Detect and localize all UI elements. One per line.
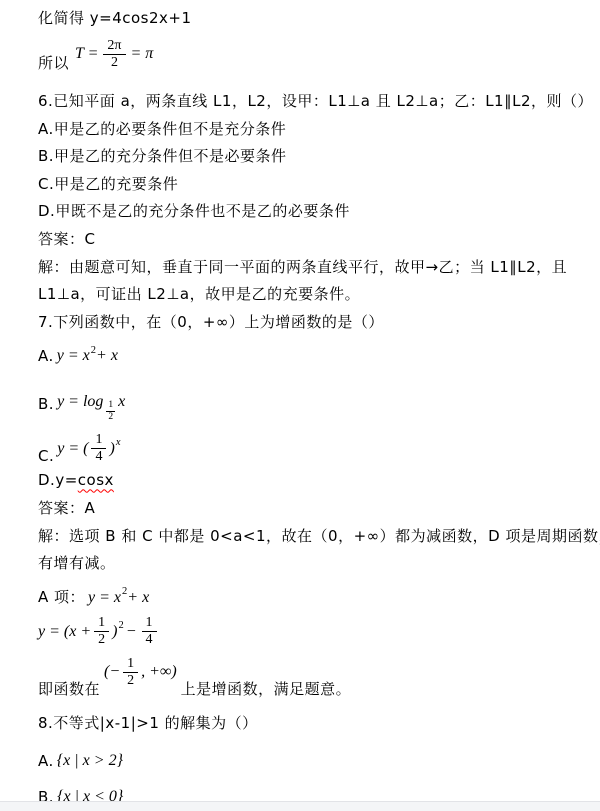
exponent: 2	[122, 586, 127, 597]
so-prefix: 所以	[38, 52, 69, 73]
q7-option-a-formula: y = x2+ x	[57, 347, 118, 365]
option-label: A 项：	[38, 586, 88, 607]
formula-lhs: T =	[73, 45, 100, 63]
document-page: 化简得 y=4cos2x+1 所以 T = 2π 2 = π 6.已知平面 a，…	[0, 0, 600, 811]
exponent: x	[116, 437, 121, 448]
option-label: A.	[38, 752, 57, 770]
q6-option-c: C.甲是乙的充要条件	[38, 171, 574, 199]
spellcheck-wavy-text: cosx	[78, 471, 114, 489]
formula-rhs: = π	[129, 45, 156, 63]
fraction: 1 2	[123, 656, 138, 689]
fraction: 1 2	[94, 615, 109, 648]
q6-answer: 答案：C	[38, 226, 574, 254]
q7-option-c-formula: y = ( 1 4 )x	[57, 432, 120, 465]
q7-solution-line-2: 有增有减。	[38, 550, 574, 578]
q7-stem: 7.下列函数中，在（0，+∞）上为增函数的是（）	[38, 309, 574, 337]
conclusion-suffix: 上是增函数，满足题意。	[181, 678, 352, 700]
q8-stem: 8.不等式|x-1|>1 的解集为（）	[38, 710, 574, 738]
q7-option-d: D.y=cosx	[38, 467, 574, 495]
q6-solution-line-1: 解：由题意可知，垂直于同一平面的两条直线平行，故甲→乙；当 L1∥L2，且	[38, 254, 574, 282]
exponent: 2	[118, 620, 123, 631]
fraction: 1 4	[142, 615, 157, 648]
option-label: A.	[38, 347, 57, 365]
q6-option-b: B.甲是乙的充分条件但不是必要条件	[38, 143, 574, 171]
conclusion-prefix: 即函数在	[38, 678, 100, 700]
q8-option-a-formula: {x | x > 2}	[57, 752, 123, 770]
exponent: 2	[91, 345, 96, 356]
q7-option-b: B. y = log 1 2 x	[38, 369, 574, 413]
q6-option-d: D.甲既不是乙的充分条件也不是乙的必要条件	[38, 198, 574, 226]
q7-vertex-formula-line: y = (x + 1 2 )2 − 1 4	[38, 610, 574, 654]
bottom-panel-edge	[0, 801, 600, 811]
q7-option-c: C. y = ( 1 4 )x	[38, 419, 574, 465]
q7-solution-option-a: A 项： y = x2+ x	[38, 581, 574, 607]
interval-formula: (− 1 2 , +∞)	[104, 656, 177, 689]
log-base-fraction: 1 2	[106, 400, 115, 422]
vertex-formula: y = (x + 1 2 )2 − 1 4	[38, 615, 160, 648]
fraction: 2π 2	[103, 38, 125, 71]
option-label: B.	[38, 395, 57, 413]
option-label: C.	[38, 447, 57, 465]
q7-option-b-formula: y = log 1 2 x	[57, 391, 125, 413]
fraction: 1 4	[91, 432, 106, 465]
q7-solution-line-1: 解：选项 B 和 C 中都是 0<a<1，故在（0，+∞）都为减函数，D 项是周…	[38, 523, 574, 551]
q6-option-a: A.甲是乙的必要条件但不是充分条件	[38, 116, 574, 144]
q7-option-a: A. y = x2+ x	[38, 339, 574, 365]
q7-conclusion-line: 即函数在 (− 1 2 , +∞) 上是增函数，满足题意。	[38, 656, 574, 700]
q7-answer: 答案：A	[38, 495, 574, 523]
q7-solution-a-formula: y = x2+ x	[88, 589, 149, 607]
period-formula-line: 所以 T = 2π 2 = π	[38, 33, 574, 73]
q6-solution-line-2: L1⊥a，可证出 L2⊥a，故甲是乙的充要条件。	[38, 281, 574, 309]
simplify-line: 化简得 y=4cos2x+1	[38, 8, 574, 28]
period-formula: T = 2π 2 = π	[73, 38, 155, 71]
q8-option-a: A. {x | x > 2}	[38, 740, 574, 770]
q6-stem: 6.已知平面 a，两条直线 L1，L2，设甲：L1⊥a 且 L2⊥a；乙：L1∥…	[38, 88, 574, 116]
